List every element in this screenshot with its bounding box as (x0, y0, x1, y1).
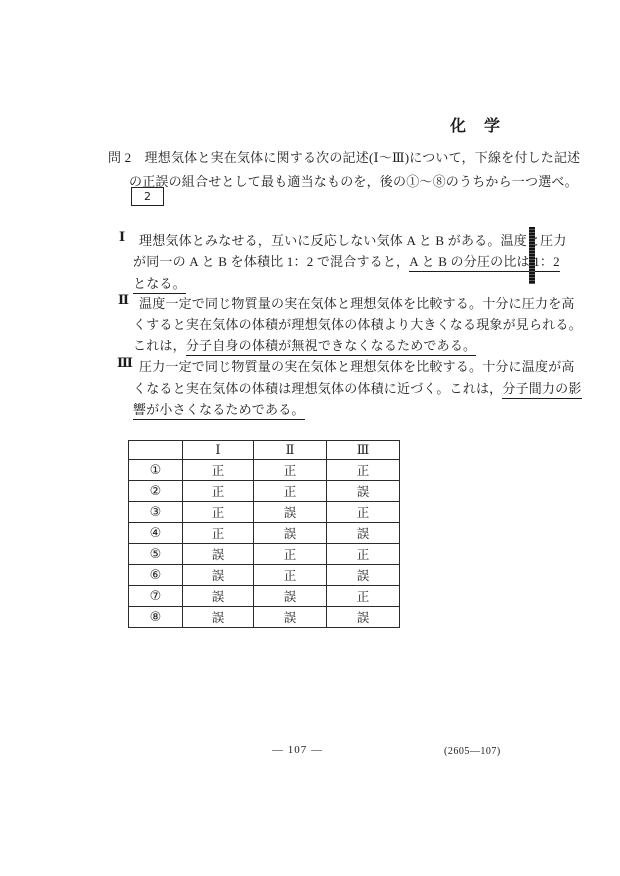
table-row: ⑤ 誤 正 正 (129, 544, 400, 565)
table-corner-blank (129, 441, 183, 460)
cell-value: 正 (327, 586, 400, 607)
cell-value: 正 (183, 481, 254, 502)
option-number: ⑦ (129, 586, 183, 607)
statement-1-line3: となる。 (133, 273, 186, 292)
option-number: ④ (129, 523, 183, 544)
statement-3-label: Ⅲ (117, 356, 133, 371)
table-row: ③ 正 誤 正 (129, 502, 400, 523)
statement-2-line1-text: 温度一定で同じ物質量の実在気体と理想気体を比較する。十分に圧力を高 (139, 296, 575, 311)
answer-number-box: 2 (131, 187, 164, 206)
statement-2-label: Ⅱ (118, 293, 129, 308)
cell-value: 誤 (183, 565, 254, 586)
table-row: ④ 正 誤 誤 (129, 523, 400, 544)
question-text-line1: 問 2 理想気体と実在気体に関する次の記述(Ⅰ～Ⅲ)について，下線を付した記述 (108, 147, 580, 166)
cell-value: 正 (254, 544, 327, 565)
statement-2-line1: 温度一定で同じ物質量の実在気体と理想気体を比較する。十分に圧力を高 (139, 293, 575, 312)
statement-3-line2-text: くなると実在気体の体積は理想気体の体積に近づく。これは， (133, 381, 502, 396)
table-row: ② 正 正 誤 (129, 481, 400, 502)
statement-3-line3: 響が小さくなるためである。 (133, 399, 305, 418)
cell-value: 正 (254, 481, 327, 502)
cell-value: 誤 (327, 565, 400, 586)
cell-value: 誤 (183, 607, 254, 628)
option-number: ⑥ (129, 565, 183, 586)
statement-3-line2: くなると実在気体の体積は理想気体の体積に近づく。これは，分子間力の影 (133, 378, 582, 397)
statement-3-line3-underline: 響が小さくなるためである。 (133, 402, 305, 420)
statement-1-line1-text: 理想気体とみなせる，互いに反応しない気体 A と B がある。温度と圧力 (139, 233, 567, 248)
table-row: ⑦ 誤 誤 正 (129, 586, 400, 607)
option-number: ② (129, 481, 183, 502)
statement-1-line2-text: が同一の A と B を体積比 1：2 で混合すると， (133, 254, 409, 269)
cell-value: 誤 (254, 523, 327, 544)
statement-3-line1: 圧力一定で同じ物質量の実在気体と理想気体を比較する。十分に温度が高 (139, 356, 575, 375)
statement-1-line3-underline: となる。 (133, 276, 186, 294)
cell-value: 正 (183, 460, 254, 481)
cell-value: 正 (183, 523, 254, 544)
cell-value: 誤 (183, 544, 254, 565)
option-number: ③ (129, 502, 183, 523)
cell-value: 正 (254, 565, 327, 586)
answer-number: 2 (144, 190, 151, 203)
cell-value: 誤 (327, 523, 400, 544)
table-header-II: Ⅱ (254, 441, 327, 460)
page-title: 化 学 (450, 113, 501, 136)
table-row: ⑥ 誤 正 誤 (129, 565, 400, 586)
answer-options-table: Ⅰ Ⅱ Ⅲ ① 正 正 正 ② 正 正 誤 ③ 正 誤 正 (128, 440, 400, 628)
cell-value: 正 (254, 460, 327, 481)
statement-2-line2: くすると実在気体の体積が理想気体の体積より大きくなる現象が見られる。 (133, 314, 582, 333)
statement-2-line3-underline: 分子自身の体積が無視できなくなるためである。 (186, 338, 476, 356)
statement-1-label: Ⅰ (119, 230, 125, 245)
cell-value: 正 (183, 502, 254, 523)
cell-value: 誤 (254, 607, 327, 628)
table-header-I: Ⅰ (183, 441, 254, 460)
table-header-III: Ⅲ (327, 441, 400, 460)
edge-print-mark-icon (529, 227, 535, 284)
cell-value: 誤 (254, 586, 327, 607)
cell-value: 誤 (327, 607, 400, 628)
cell-value: 正 (327, 544, 400, 565)
statement-2-line3: これは，分子自身の体積が無視できなくなるためである。 (133, 335, 476, 354)
statement-3-line2-underline: 分子間力の影 (502, 381, 581, 399)
statement-1-line2-underline: A と B の分圧の比は 1：2 (409, 254, 560, 272)
print-code: (2605—107) (444, 746, 501, 757)
statement-1-line1: 理想気体とみなせる，互いに反応しない気体 A と B がある。温度と圧力 (139, 230, 567, 249)
cell-value: 誤 (327, 481, 400, 502)
statement-3-line1-text: 圧力一定で同じ物質量の実在気体と理想気体を比較する。十分に温度が高 (139, 359, 575, 374)
statement-2-line3-text: これは， (133, 338, 186, 353)
statement-1-line2: が同一の A と B を体積比 1：2 で混合すると，A と B の分圧の比は … (133, 251, 560, 270)
table-header-row: Ⅰ Ⅱ Ⅲ (129, 441, 400, 460)
table-row: ⑧ 誤 誤 誤 (129, 607, 400, 628)
cell-value: 正 (327, 460, 400, 481)
cell-value: 誤 (183, 586, 254, 607)
option-number: ⑤ (129, 544, 183, 565)
cell-value: 正 (327, 502, 400, 523)
question-text-line2: の正誤の組合せとして最も適当なものを，後の①～⑧のうちから一つ選べ。 (129, 171, 578, 190)
option-number: ⑧ (129, 607, 183, 628)
exam-page: 化 学 問 2 理想気体と実在気体に関する次の記述(Ⅰ～Ⅲ)について，下線を付し… (0, 0, 620, 876)
option-number: ① (129, 460, 183, 481)
statement-2-line2-text: くすると実在気体の体積が理想気体の体積より大きくなる現象が見られる。 (133, 317, 582, 332)
cell-value: 誤 (254, 502, 327, 523)
table-row: ① 正 正 正 (129, 460, 400, 481)
page-number: — 107 — (272, 744, 323, 756)
